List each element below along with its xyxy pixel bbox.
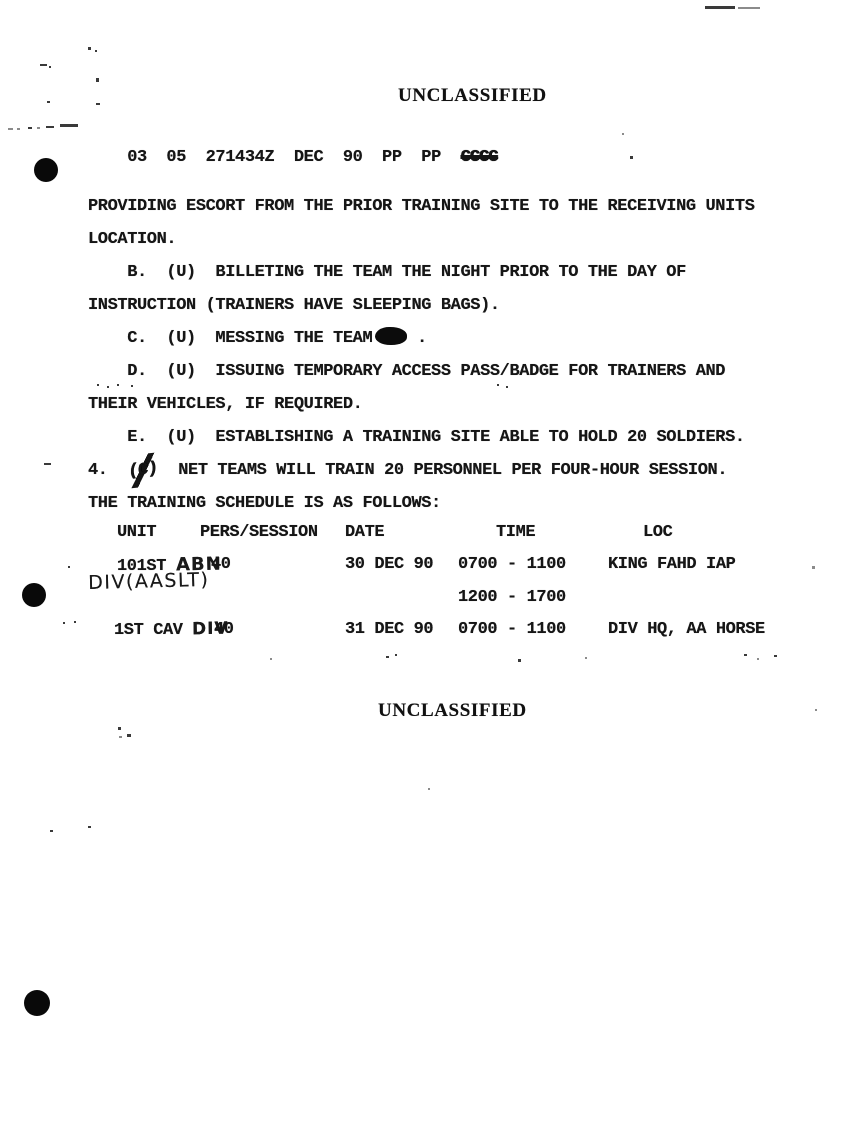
body-line-messing: C. (U) MESSING THE TEAM .: [88, 322, 808, 355]
classification-scribble: (C): [127, 452, 159, 489]
smudge-dash: [8, 128, 13, 130]
classification-header: UNCLASSIFIED: [398, 86, 547, 105]
hole-punch-mark: [34, 158, 58, 182]
scanner-dash: [738, 7, 760, 9]
smudge-dash: [46, 126, 54, 128]
row2-unit: 1ST CAV DIV: [114, 621, 229, 639]
speck: [47, 101, 50, 103]
body-line: B. (U) BILLETING THE TEAM THE NIGHT PRIO…: [88, 256, 808, 289]
speck: [74, 621, 76, 623]
speck: [774, 655, 777, 657]
col-header-unit: UNIT: [117, 524, 156, 541]
speck: [630, 156, 633, 159]
speck: [119, 736, 122, 738]
speck: [63, 622, 65, 624]
speck: [386, 656, 389, 658]
speck: [815, 709, 817, 711]
speck: [585, 657, 587, 659]
speck: [44, 463, 51, 465]
speck: [96, 78, 99, 82]
speck: [812, 566, 815, 569]
body-line: E. (U) ESTABLISHING A TRAINING SITE ABLE…: [88, 421, 808, 454]
speck: [40, 64, 47, 66]
body-line: D. (U) ISSUING TEMPORARY ACCESS PASS/BAD…: [88, 355, 808, 388]
body-line: THEIR VEHICLES, IF REQUIRED.: [88, 388, 808, 421]
body-line: THE TRAINING SCHEDULE IS AS FOLLOWS:: [88, 487, 808, 520]
body-line: LOCATION.: [88, 223, 808, 256]
row1-date: 30 DEC 90: [345, 556, 433, 573]
row2-pers: 40: [214, 621, 234, 638]
speck: [506, 386, 508, 388]
speck: [88, 47, 91, 50]
speck: [127, 734, 131, 737]
redaction-blob: [375, 327, 407, 345]
classification-footer: UNCLASSIFIED: [378, 701, 527, 720]
row1-loc: KING FAHD IAP: [608, 556, 735, 573]
speck: [744, 654, 747, 656]
col-header-time: TIME: [496, 524, 535, 541]
speck: [518, 659, 521, 662]
row2-date: 31 DEC 90: [345, 621, 433, 638]
hole-punch-mark: [24, 990, 50, 1016]
body-line-item4: 4. (C) NET TEAMS WILL TRAIN 20 PERSONNEL…: [88, 454, 808, 487]
scanned-document-page: UNCLASSIFIED 03 05 271434Z DEC 90 PP PP …: [0, 0, 850, 1121]
body-line: INSTRUCTION (TRAINERS HAVE SLEEPING BAGS…: [88, 289, 808, 322]
message-header-tokens: 03 05 271434Z DEC 90 PP PP: [127, 148, 460, 167]
speck: [50, 830, 53, 832]
speck: [395, 654, 397, 656]
speck: [117, 384, 119, 386]
row1-unit-handwritten-line2: DIV(AASLT): [88, 571, 210, 593]
row1-pers: 40: [211, 556, 231, 573]
message-header-line: 03 05 271434Z DEC 90 PP PP CCCC: [88, 132, 503, 183]
speck: [270, 658, 272, 660]
smudge-dash: [37, 127, 40, 129]
row2-time-1: 0700 - 1100: [458, 621, 566, 638]
smudge-dash: [60, 124, 78, 127]
speck: [96, 103, 100, 105]
row1-time-2: 1200 - 1700: [458, 589, 566, 606]
speck: [88, 826, 91, 828]
scanner-dash: [705, 6, 735, 9]
smudge-dash: [28, 127, 32, 129]
smudge-dash: [17, 128, 20, 130]
col-header-date: DATE: [345, 524, 384, 541]
hole-punch-mark: [22, 583, 46, 607]
speck: [97, 384, 99, 386]
body-line: PROVIDING ESCORT FROM THE PRIOR TRAINING…: [88, 190, 808, 223]
speck: [428, 788, 430, 790]
col-header-pers-session: PERS/SESSION: [200, 524, 318, 541]
speck: [68, 566, 70, 568]
speck: [118, 727, 121, 730]
message-body: PROVIDING ESCORT FROM THE PRIOR TRAINING…: [88, 190, 808, 520]
speck: [757, 658, 759, 660]
speck: [107, 386, 109, 388]
row1-time-1: 0700 - 1100: [458, 556, 566, 573]
speck: [131, 385, 133, 387]
struck-routing-code: CCCC: [460, 148, 503, 167]
col-header-loc: LOC: [643, 524, 672, 541]
speck: [497, 384, 499, 386]
speck: [622, 133, 624, 135]
row2-loc: DIV HQ, AA HORSE: [608, 621, 765, 638]
speck: [49, 66, 51, 68]
speck: [95, 50, 97, 52]
